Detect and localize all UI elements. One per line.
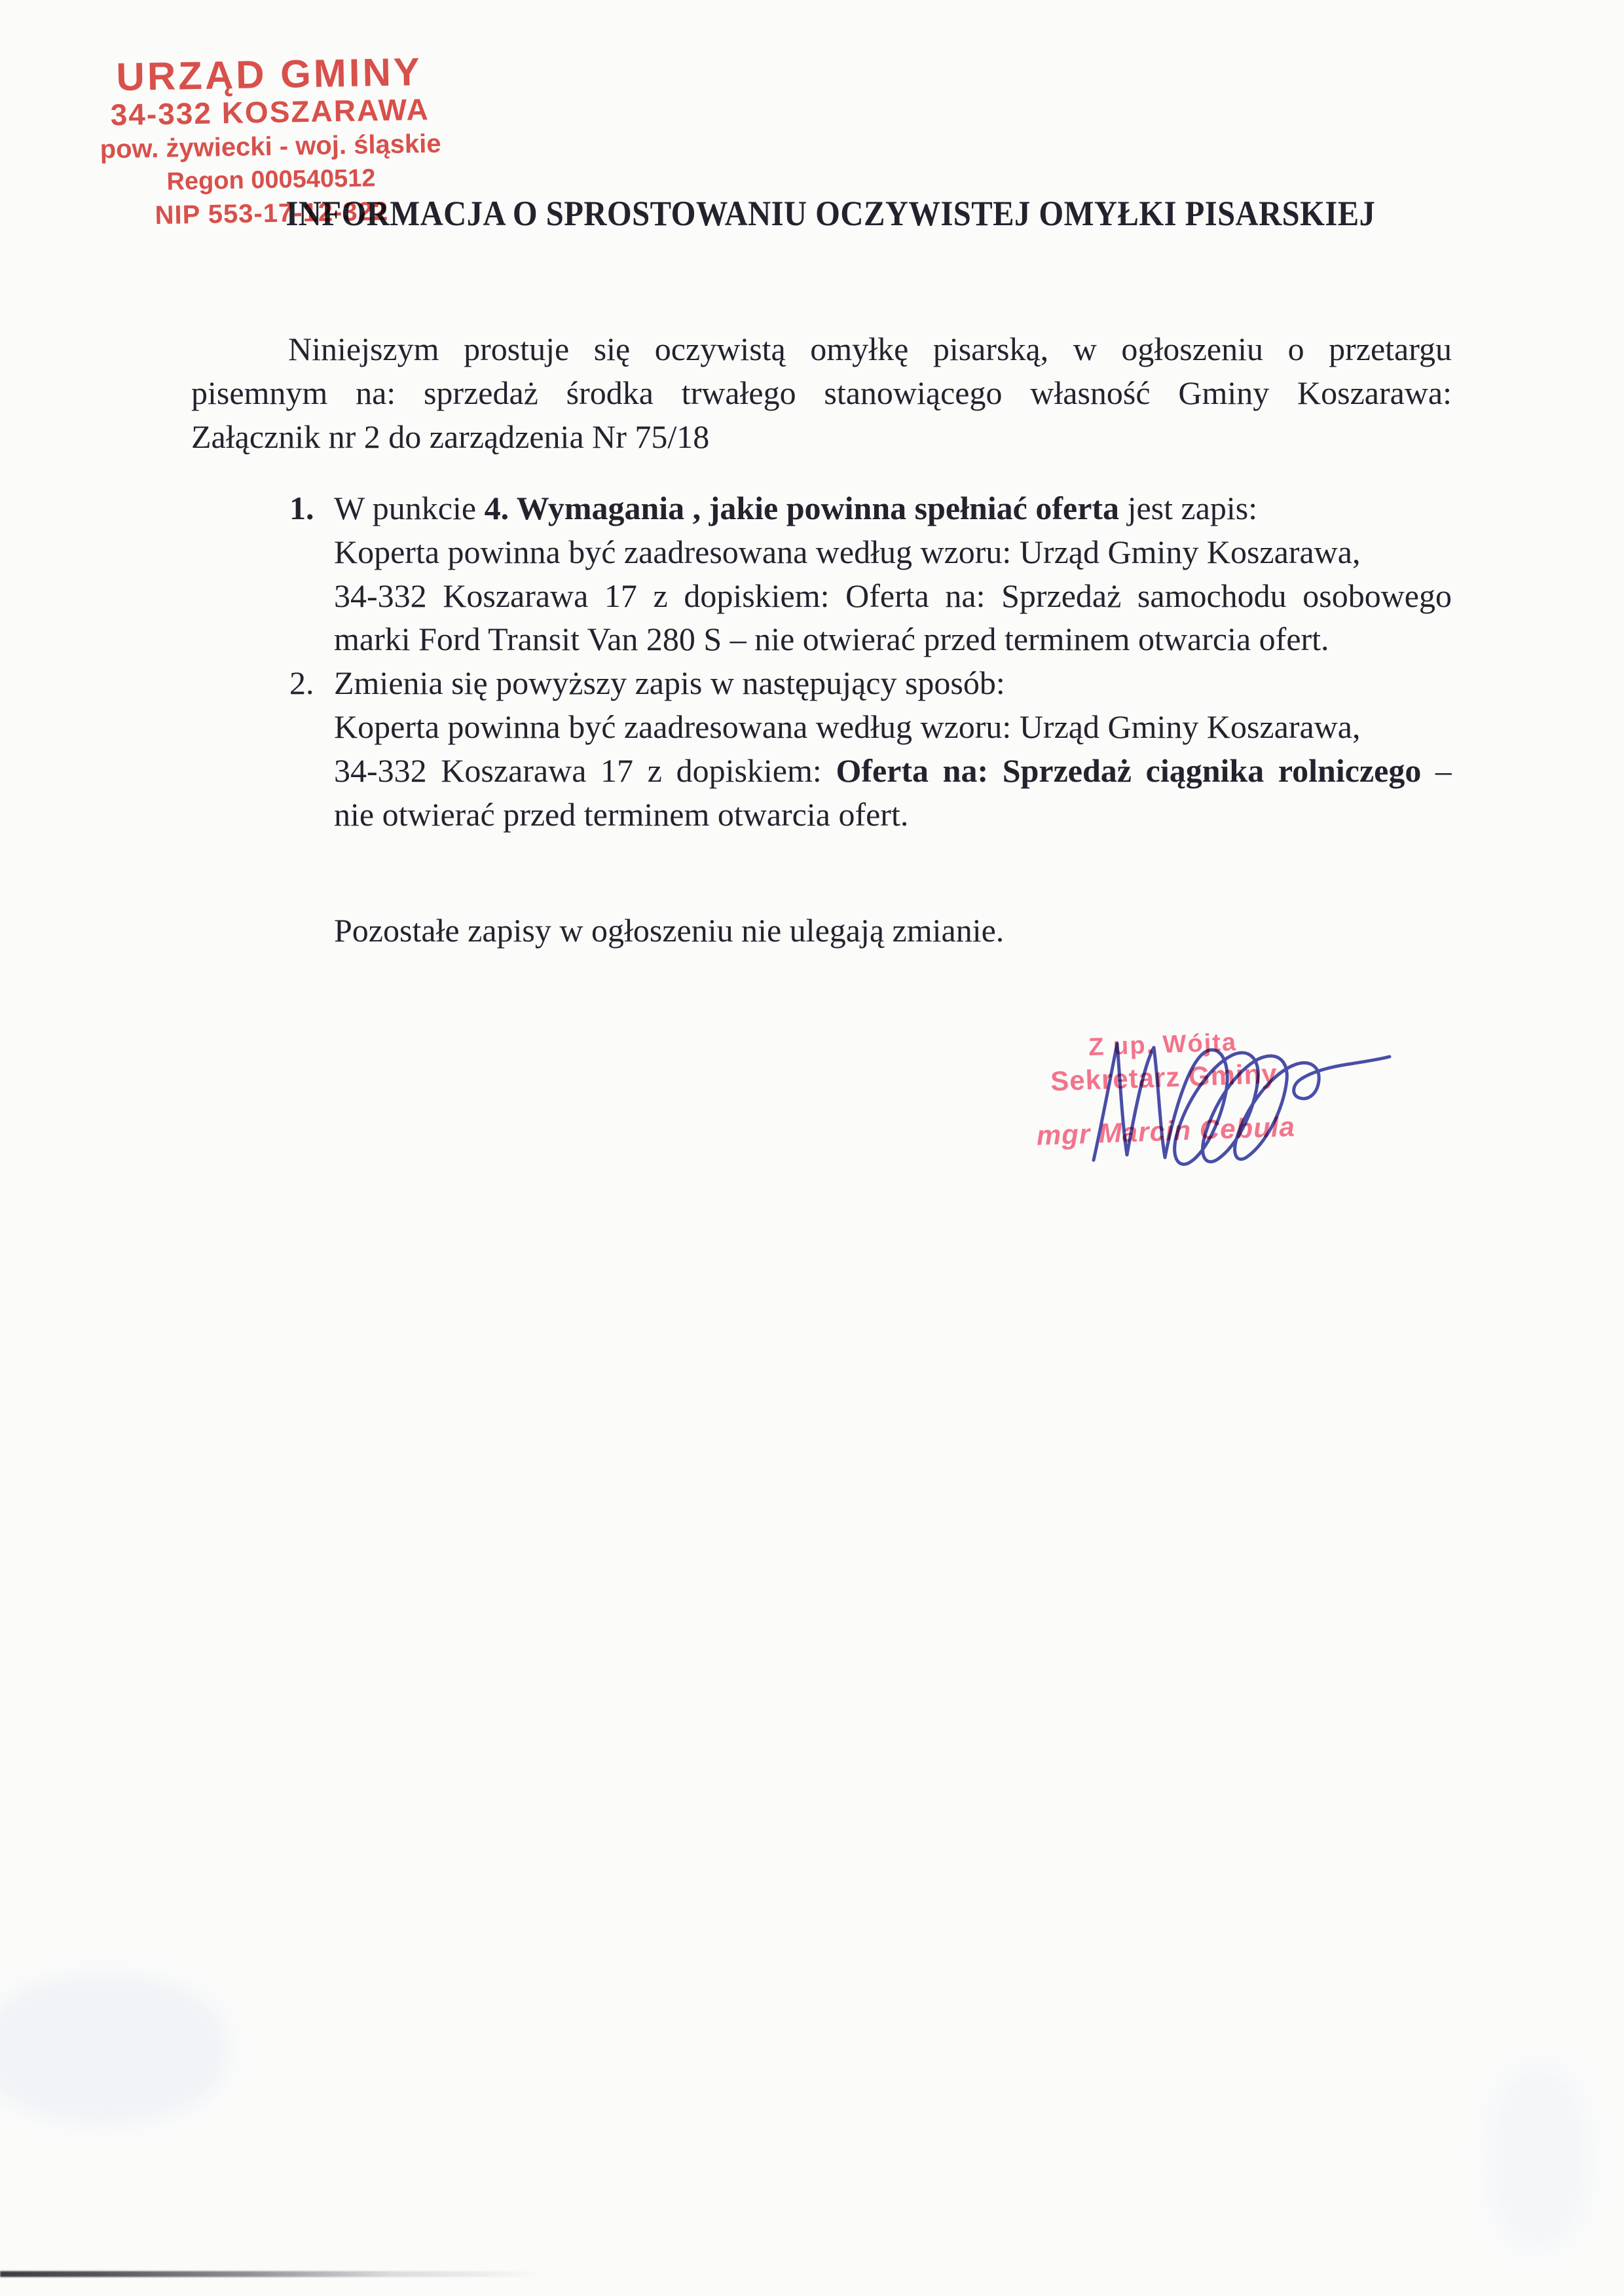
text-segment: Załącznik nr 2 do zarządzenia Nr 75/18	[191, 418, 709, 455]
list-item-number: 1.	[289, 486, 334, 530]
text-line: Koperta powinna być zaadresowana według …	[334, 530, 1452, 574]
scan-smudge-bottom-left	[0, 1974, 229, 2124]
signature-block: Z up. Wójta Sekretarz Gminy mgr Marcin C…	[1008, 1008, 1467, 1224]
office-address-stamp: URZĄD GMINY 34-332 KOSZARAWA pow. żywiec…	[96, 52, 446, 233]
bold-text-segment: Oferta na: Sprzedaż ciągnika rolniczego	[836, 752, 1421, 789]
bold-text-segment: 4. Wymagania , jakie powinna spełniać of…	[485, 490, 1119, 526]
text-segment: marki Ford Transit Van 280 S – nie otwie…	[334, 621, 1329, 657]
text-line: Niniejszym prostuje się oczywistą omyłkę…	[191, 327, 1452, 371]
intro-paragraph: Niniejszym prostuje się oczywistą omyłkę…	[191, 327, 1452, 458]
text-segment: 34-332 Koszarawa 17 z dopiskiem: Oferta …	[334, 577, 1452, 614]
text-segment: jest zapis:	[1119, 490, 1257, 526]
list-item-text: Zmienia się powyższy zapis w następujący…	[334, 661, 1452, 836]
closing-paragraph: Pozostałe zapisy w ogłoszeniu nie ulegaj…	[334, 909, 1452, 953]
text-segment: Niniejszym prostuje się oczywistą omyłkę…	[288, 331, 1452, 367]
scanned-document-page: URZĄD GMINY 34-332 KOSZARAWA pow. żywiec…	[0, 0, 1624, 2296]
text-line: W punkcie 4. Wymagania , jakie powinna s…	[334, 486, 1452, 530]
document-title-text: INFORMACJA O SPROSTOWANIU OCZYWISTEJ OMY…	[286, 195, 1375, 232]
list-item-number: 2.	[289, 661, 334, 705]
stamp-nip-line: NIP 553-17-12-322	[98, 193, 445, 233]
text-line: Zmienia się powyższy zapis w następujący…	[334, 661, 1452, 705]
stamp-office-name: URZĄD GMINY	[96, 52, 443, 97]
corrections-list: 1.W punkcie 4. Wymagania , jakie powinna…	[289, 486, 1452, 836]
stamp-district-line: pow. żywiecki - woj. śląskie	[97, 126, 445, 166]
text-line: Załącznik nr 2 do zarządzenia Nr 75/18	[191, 415, 1452, 459]
text-line: pisemnym na: sprzedaż środka trwałego st…	[191, 371, 1452, 415]
list-item: 2.Zmienia się powyższy zapis w następują…	[289, 661, 1452, 836]
text-segment: –	[1421, 752, 1452, 789]
text-segment: W punkcie	[334, 490, 485, 526]
text-line: 34-332 Koszarawa 17 z dopiskiem: Oferta …	[334, 574, 1452, 618]
stamp-regon-line: Regon 000540512	[98, 160, 445, 199]
text-line: nie otwierać przed terminem otwarcia ofe…	[334, 793, 1452, 837]
text-line: Koperta powinna być zaadresowana według …	[334, 705, 1452, 749]
list-item-text: W punkcie 4. Wymagania , jakie powinna s…	[334, 486, 1452, 661]
closing-text: Pozostałe zapisy w ogłoszeniu nie ulegaj…	[334, 912, 1004, 949]
scan-streak-bottom-edge	[0, 2271, 544, 2277]
text-segment: Koperta powinna być zaadresowana według …	[334, 534, 1360, 570]
text-segment: 34-332 Koszarawa 17 z dopiskiem:	[334, 752, 836, 789]
text-segment: Zmienia się powyższy zapis w następujący…	[334, 665, 1005, 701]
text-segment: pisemnym na: sprzedaż środka trwałego st…	[191, 374, 1452, 411]
text-line: marki Ford Transit Van 280 S – nie otwie…	[334, 617, 1452, 661]
scan-smudge-bottom-right	[1486, 2062, 1591, 2252]
stamp-postal-line: 34-332 KOSZARAWA	[96, 91, 444, 132]
handwritten-signature-ink	[1043, 1017, 1422, 1181]
text-segment: Koperta powinna być zaadresowana według …	[334, 708, 1360, 745]
text-segment: nie otwierać przed terminem otwarcia ofe…	[334, 796, 908, 833]
list-item: 1.W punkcie 4. Wymagania , jakie powinna…	[289, 486, 1452, 661]
text-line: 34-332 Koszarawa 17 z dopiskiem: Oferta …	[334, 749, 1452, 793]
